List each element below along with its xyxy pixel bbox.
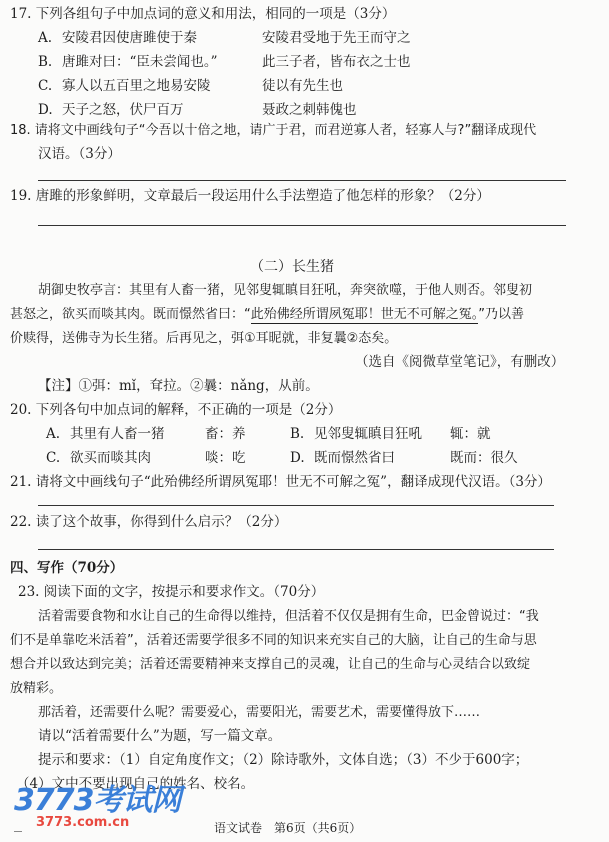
q21-stem: 21. 请将文中画线句子“此殆佛经所谓夙冤耶！世无不可解之冤”，翻译成现代汉语。…: [10, 476, 551, 490]
q20-option-b-label: B.: [290, 428, 304, 442]
q18-stem-line2: 汉语。（3分）: [38, 148, 121, 162]
q20-option-c-text: 欲买而啖其肉: [70, 452, 151, 466]
q20-option-d-gloss: 既而：很久: [450, 452, 518, 466]
q22-answer-line[interactable]: [38, 549, 554, 550]
margin-mark: [14, 831, 22, 832]
passage-line-2-post: ”乃以善: [478, 307, 524, 322]
q23-stem: 23. 阅读下面的文字，按提示和要求作文。（70分）: [18, 586, 324, 600]
q20-option-b-gloss: 辄：就: [450, 428, 491, 442]
q18-stem-line1: 18. 请将文中画线句子“今吾以十倍之地，请广于君，而君逆寡人者，轻寡人与?”翻…: [10, 124, 536, 137]
page-footer: 语文试卷 第6页（共6页）: [214, 822, 361, 834]
q20-option-d-text: 既而憬然省曰: [314, 452, 395, 466]
passage-line-1: 胡御史牧亭言：其里有人畜一猪，见邻叟辄瞋目狂吼，奔突欲噬，于他人则否。邻叟初: [38, 284, 532, 297]
q17-option-b-left: 唐雎对曰：“臣未尝闻也。”: [62, 56, 218, 70]
q17-option-d-right: 聂政之刺韩傀也: [262, 104, 357, 118]
q17-option-a-label: A.: [38, 32, 52, 46]
q21-answer-line[interactable]: [38, 505, 554, 506]
q19-stem: 19. 唐雎的形象鲜明，文章最后一段运用什么手法塑造了他怎样的形象？（2分）: [10, 190, 490, 204]
q23-para1-line3: 想合并以致达到完美；活着还需要精神来支撑自己的灵魂，让自己的生命与心灵结合以致绽: [10, 658, 530, 671]
q17-option-b-label: B.: [38, 56, 52, 70]
underlined-sentence: 此殆佛经所谓夙冤耶！世无不可解之冤。: [251, 307, 479, 324]
q17-option-d-label: D.: [38, 104, 53, 118]
q20-option-a-text: 其里有人畜一猪: [70, 428, 165, 442]
passage-line-3: 价赎得，送佛寺为长生猪。后再见之，弭①耳昵就，非复曩②态矣。: [10, 332, 397, 345]
passage-source: （选自《阅微草堂笔记》，有删改）: [355, 356, 564, 370]
q17-option-b-right: 此三子者，皆布衣之士也: [262, 56, 411, 70]
q17-option-c-right: 徒以有先生也: [262, 80, 343, 94]
q23-para2: 那活着，还需要什么呢？需要爱心，需要阳光，需要艺术，需要懂得放下……: [38, 706, 480, 719]
q17-option-c-left: 寡人以五百里之地易安陵: [62, 80, 211, 94]
passage-title: （二）长生猪: [250, 260, 334, 274]
passage-line-2-pre: 甚怒之，欲买而啖其肉。既而憬然省曰：“: [10, 307, 251, 322]
q17-option-a-right: 安陵君受地于先王而守之: [262, 32, 411, 46]
q23-para1-line1: 活着需要食物和水让自己的生命得以维持，但活着不仅仅是拥有生命，巴金曾说过：“我: [38, 610, 539, 623]
q20-option-d-label: D.: [290, 452, 305, 466]
q23-requirements-line1: 提示和要求：（1）自定角度作文；（2）除诗歌外，文体自选；（3）不少于600字；: [38, 754, 528, 768]
q17-option-d-left: 天子之怒，伏尸百万: [62, 104, 184, 118]
q23-para1-line4: 放精彩。: [10, 682, 62, 695]
q17-option-a-left: 安陵君因使唐雎使于秦: [62, 32, 197, 46]
q20-option-a-gloss: 畜：养: [205, 428, 246, 442]
q20-option-b-text: 见邻叟辄瞋目狂吼: [314, 428, 422, 442]
q17-option-c-label: C.: [38, 80, 52, 94]
q18-answer-line[interactable]: [38, 180, 566, 181]
q20-option-c-label: C.: [46, 452, 60, 466]
q20-option-c-gloss: 啖：吃: [205, 452, 246, 466]
watermark-logo: 3773考试网: [14, 786, 181, 816]
q22-stem: 22. 读了这个故事，你得到什么启示？（2分）: [10, 516, 287, 530]
q23-para3: 请以“活着需要什么”为题，写一篇文章。: [38, 730, 281, 744]
q20-option-a-label: A.: [46, 428, 60, 442]
q17-stem: 17. 下列各组句子中加点词的意义和用法，相同的一项是（3分）: [10, 8, 395, 22]
passage-line-2: 甚怒之，欲买而啖其肉。既而憬然省曰：“此殆佛经所谓夙冤耶！世无不可解之冤。”乃以…: [10, 308, 524, 321]
q23-para1-line2: 们不是单靠吃米活着”，活着还需要学很多不同的知识来充实自己的大脑，让自己的生命与…: [10, 634, 537, 647]
watermark-url: 3773.com.cn: [36, 816, 129, 829]
passage-note: 【注】①弭：mǐ，耷拉。②曩：nǎng，从前。: [38, 380, 319, 394]
q20-stem: 20. 下列各句中加点词的解释，不正确的一项是（2分）: [10, 404, 341, 418]
q19-answer-line[interactable]: [38, 225, 566, 226]
section-4-title: 四、写作（70分）: [10, 562, 123, 576]
